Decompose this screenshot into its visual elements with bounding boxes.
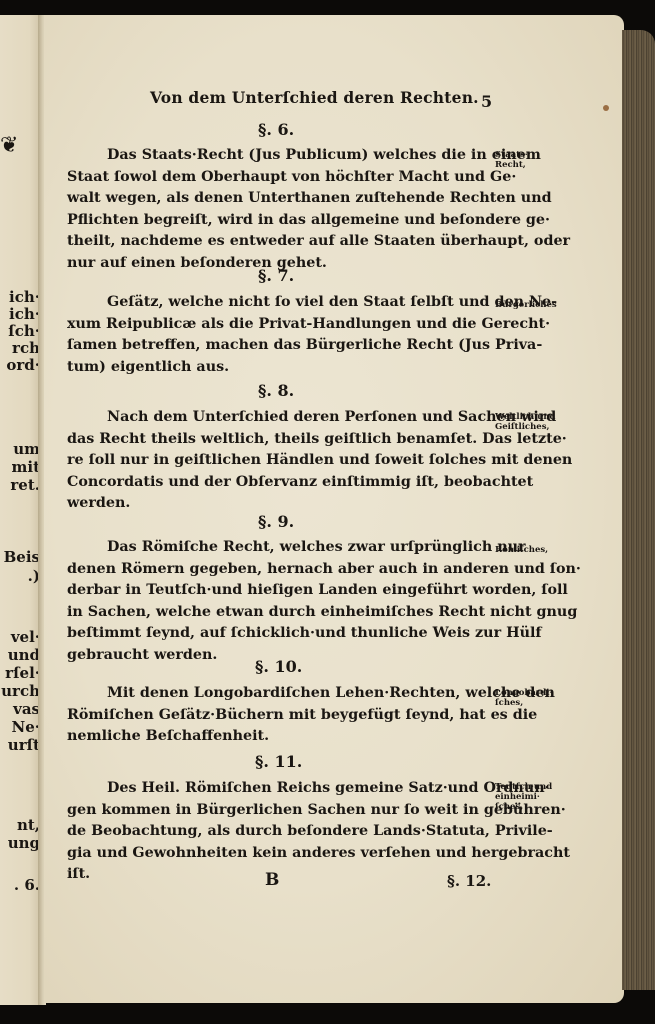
left-page-fragment: ſch· [8,322,40,340]
ornament-icon: ❦ [0,133,18,158]
left-page-fragment: ich· [9,305,40,323]
left-page-fragment: Ne· [12,718,40,736]
text-line: Geſätz, welche nicht ſo viel den Staat ſ… [67,292,493,314]
left-page-fragment: rch [12,339,40,357]
page-edges [622,30,655,990]
left-page-fragment: mit [12,458,41,476]
left-page-fragment: urſt [8,736,40,754]
paragraph: Das Staats·Recht (Jus Publicum) welches … [67,145,493,275]
left-page-fragment: nt, [17,816,40,834]
margin-note: Bürgerliches [495,300,557,310]
margin-note: Longobardi· ſches, [495,688,553,708]
section-number: §. 9. [258,512,294,531]
section-number: §. 10. [255,657,302,676]
text-line: derbar in Teutſch·und hieſigen Landen ei… [67,580,493,602]
left-page-fragment: vas [13,700,40,718]
paper-stain [603,105,609,111]
catchword: §. 12. [447,872,491,890]
text-line: gia und Gewohnheiten kein anderes verſeh… [67,843,493,865]
text-line: tum) eigentlich aus. [67,357,493,379]
page-number: 5 [481,92,492,111]
left-page-fragment: ord· [6,356,40,374]
text-line: Concordatis und der Obſervanz einſtimmig… [67,472,493,494]
margin-note: Staats· Recht, [495,150,528,170]
text-line: Das Staats·Recht (Jus Publicum) welches … [67,145,493,167]
left-page-fragment: um [13,440,40,458]
running-title: Von dem Unterſchied deren Rechten. [150,88,479,107]
left-page-fragment: rſel· [5,664,40,682]
section-number: §. 6. [258,120,294,139]
text-line: iſt. [67,864,493,886]
text-line: de Beobachtung, als durch beſondere Land… [67,821,493,843]
text-line: Römiſchen Geſätz·Büchern mit beygefügt ſ… [67,705,493,727]
text-line: denen Römern gegeben, hernach aber auch … [67,559,493,581]
text-line: re ſoll nur in geiſtlichen Händlen und ſ… [67,450,493,472]
margin-note-line: Weltlich·und [495,412,556,422]
section-number: §. 8. [258,381,294,400]
text-line: xum Reipublicæ als die Privat-Handlungen… [67,314,493,336]
paragraph: Nach dem Unterſchied deren Perſonen und … [67,407,493,515]
text-line: in Sachen, welche etwan durch einheimiſc… [67,602,493,624]
signature-mark: B [265,870,279,890]
text-line: gen kommen in Bürgerlichen Sachen nur ſo… [67,800,493,822]
left-page-fragment: urch [1,682,40,700]
margin-note-line: einheimi· [495,792,552,802]
text-line: ſamen betreffen, machen das Bürgerliche … [67,335,493,357]
text-line: nemliche Beſchaffenheit. [67,726,493,748]
text-line: Das Römiſche Recht, welches zwar urſprün… [67,537,493,559]
margin-note-line: Römiſches, [495,545,548,555]
paragraph: Mit denen Longobardiſchen Lehen·Rechten,… [67,683,493,748]
text-line: Nach dem Unterſchied deren Perſonen und … [67,407,493,429]
left-page-fragment: vel· [11,628,40,646]
text-line: Pflichten begreiſt, wird in das allgemei… [67,210,493,232]
margin-note-line: Staats· [495,150,528,160]
left-page-fragment: . 6. [14,876,40,894]
section-number: §. 7. [258,266,294,285]
margin-note-line: ſches, [495,698,553,708]
left-page: ❦ ich·ich·ſch·rchord·ummitret.Beis.)vel·… [0,15,42,1005]
margin-note-line: Recht, [495,160,528,170]
paragraph: Des Heil. Römiſchen Reichs gemeine Satz·… [67,778,493,886]
paragraph: Das Römiſche Recht, welches zwar urſprün… [67,537,493,667]
margin-note: Weltlich·und Geiſtliches, [495,412,556,432]
text-line: Mit denen Longobardiſchen Lehen·Rechten,… [67,683,493,705]
left-page-fragment: Beis [4,548,40,566]
margin-note: Römiſches, [495,545,548,555]
left-page-fragment: ung [8,834,40,852]
text-line: Staat ſowol dem Oberhaupt von höchſter M… [67,167,493,189]
margin-note-line: ſches, [495,802,552,812]
text-line: beſtimmt ſeynd, auf ſchicklich·und thunl… [67,623,493,645]
text-line: theilt, nachdeme es entweder auf alle St… [67,231,493,253]
section-number: §. 11. [255,752,302,771]
text-line: walt wegen, als denen Unterthanen zuſteh… [67,188,493,210]
margin-note: Teutſch·und einheimi· ſches, [495,782,552,812]
text-line: das Recht theils weltlich, theils geiſtl… [67,429,493,451]
paragraph: Geſätz, welche nicht ſo viel den Staat ſ… [67,292,493,378]
left-page-fragment: ich· [9,288,40,306]
margin-note-line: Longobardi· [495,688,553,698]
margin-note-line: Geiſtliches, [495,422,556,432]
left-page-fragment: und [8,646,40,664]
left-page-fragment: ret. [10,476,40,494]
margin-note-line: Teutſch·und [495,782,552,792]
margin-note-line: Bürgerliches [495,300,557,310]
text-line: Des Heil. Römiſchen Reichs gemeine Satz·… [67,778,493,800]
